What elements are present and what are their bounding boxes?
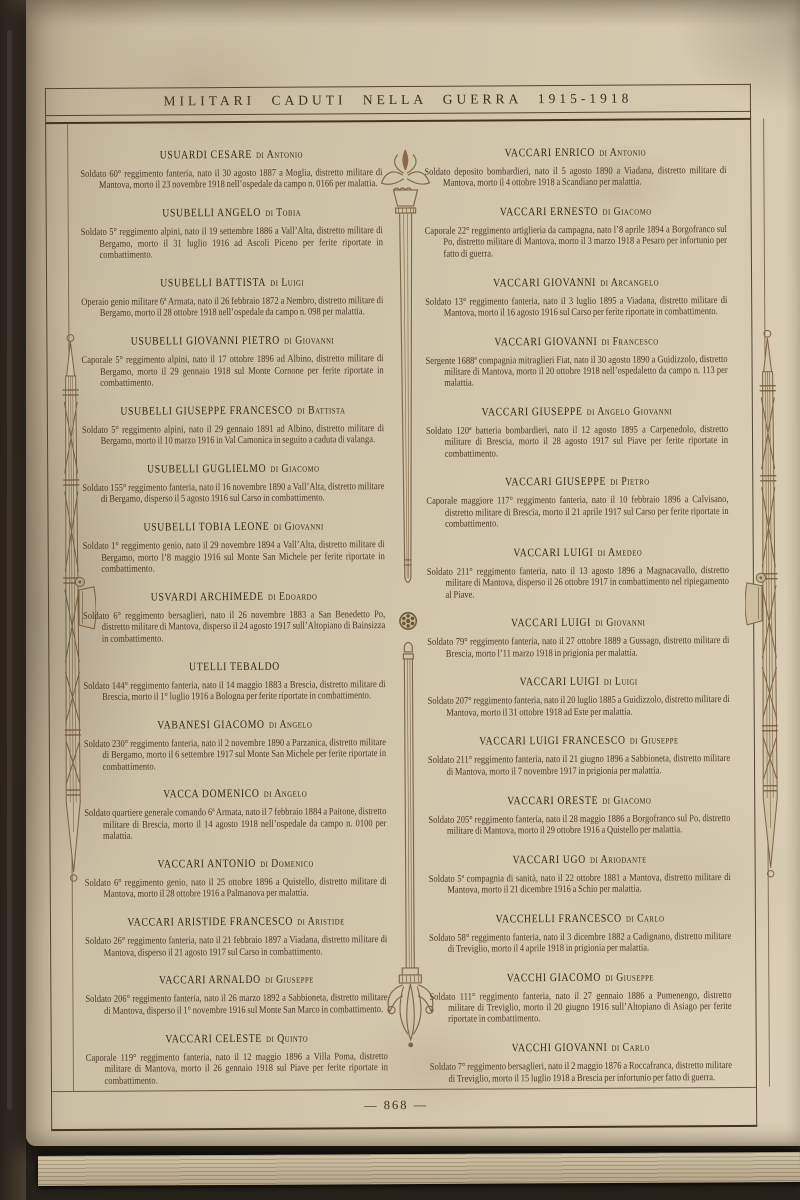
entry-heading: USUBELLI GIUSEPPE FRANCESCOdi Battista [82, 404, 384, 418]
soldier-name: VACCARI GIUSEPPE [505, 476, 606, 489]
entry-text: Soldato 155° reggimento fanteria, nato i… [82, 481, 384, 506]
casualty-entry: VACCARI LUIGIdi Giovanni Soldato 79° reg… [427, 616, 729, 660]
entry-heading: VACCARI LUIGIdi Amedeo [427, 546, 729, 560]
entry-text: Soldato 5° reggimento alpini, nato il 29… [82, 423, 384, 448]
photo-background: MILITARI CADUTI NELLA GUERRA 1915-1918 [0, 0, 800, 1200]
soldier-name: VACCARI LUIGI FRANCESCO [479, 735, 625, 748]
page-number: — 868 — [51, 1096, 741, 1115]
casualty-entry: USUARDI CESAREdi Antonio Soldato 60° reg… [80, 148, 382, 192]
casualty-entry: USUBELLI BATTISTAdi Luigi Operaio genio … [81, 276, 383, 320]
casualty-entry: USUBELLI GIUSEPPE FRANCESCOdi Battista S… [82, 404, 384, 448]
soldier-name: USUBELLI GUGLIELMO [147, 463, 266, 476]
entry-heading: VACCHI GIOVANNIdi Carlo [430, 1041, 732, 1055]
soldier-patronymic: di Giacomo [270, 462, 319, 474]
soldier-patronymic: di Amedeo [598, 546, 643, 558]
entry-heading: VACCHI GIACOMOdi Giuseppe [429, 971, 731, 985]
soldier-patronymic: di Angelo Giovanni [587, 405, 673, 418]
soldier-patronymic: di Antonio [256, 149, 303, 161]
entry-text: Soldato 211° reggimento fanteria, nato i… [427, 565, 729, 601]
soldier-name: VACCARI ARISTIDE FRANCESCO [127, 916, 293, 929]
casualty-entry: VACCARI ENRICOdi Antonio Soldato deposit… [424, 146, 726, 190]
entry-heading: USUBELLI GUGLIELMOdi Giacomo [82, 462, 384, 476]
entry-text: Soldato 7° reggimento bersaglieri, nato … [430, 1060, 732, 1085]
soldier-name: USUBELLI GIUSEPPE FRANCESCO [120, 404, 293, 417]
soldier-name: VACCHI GIACOMO [507, 971, 601, 984]
soldier-patronymic: di Luigi [604, 676, 638, 688]
soldier-patronymic: di Ariodante [590, 853, 647, 865]
casualty-entry: VACCARI LUIGI FRANCESCOdi Giuseppe Solda… [428, 734, 730, 778]
entry-text: Soldato quartiere generale comando 6ª Ar… [84, 806, 386, 842]
entry-heading: VACCARI GIUSEPPEdi Angelo Giovanni [426, 405, 728, 419]
casualty-entry: USUBELLI GUGLIELMOdi Giacomo Soldato 155… [82, 462, 384, 506]
soldier-patronymic: di Tobia [265, 207, 301, 219]
entry-heading: USUBELLI GIOVANNI PIETROdi Giovanni [81, 334, 383, 348]
entry-text: Soldato 120ª batteria bombardieri, nato … [426, 424, 728, 460]
soldier-name: USUBELLI TOBIA LEONE [143, 521, 269, 534]
entry-text: Soldato 60° reggimento fanteria, nato il… [80, 167, 382, 192]
entry-heading: VACCARI GIOVANNIdi Arcangelo [425, 275, 727, 289]
printed-layer: MILITARI CADUTI NELLA GUERRA 1915-1918 [0, 0, 800, 1200]
entry-text: Caporale maggiore 117° reggimento fanter… [426, 494, 728, 530]
entry-heading: VABANESI GIACOMOdi Angelo [84, 718, 386, 732]
soldier-patronymic: di Giovanni [284, 335, 334, 347]
casualty-entry: VACCARI ARNALDOdi Giuseppe Soldato 206° … [85, 974, 387, 1018]
soldier-name: VACCARI GIUSEPPE [482, 406, 583, 419]
soldier-name: UTELLI TEBALDO [189, 660, 280, 673]
title-rule-upper [45, 111, 751, 116]
soldier-name: USVARDI ARCHIMEDE [151, 591, 264, 604]
casualty-entry: VABANESI GIACOMOdi Angelo Soldato 230° r… [84, 718, 386, 773]
entry-text: Sergente 1688ª compagnia mitraglieri Fia… [426, 354, 728, 390]
entry-text: Soldato 26° reggimento fanteria, nato il… [85, 934, 387, 959]
entry-text: Operaio genio militare 6ª Armata, nato i… [81, 295, 383, 320]
page-title: MILITARI CADUTI NELLA GUERRA 1915-1918 [45, 90, 751, 110]
entry-text: Soldato 79° reggimento fanteria, nato il… [427, 635, 729, 660]
casualty-entry: UTELLI TEBALDO Soldato 144° reggimento f… [83, 660, 385, 704]
entry-text: Soldato 230° reggimento fanteria, nato i… [84, 737, 386, 773]
entry-text: Soldato 1° reggimento genio, nato il 29 … [83, 539, 385, 575]
soldier-patronymic: di Carlo [626, 912, 665, 924]
soldier-name: VACCARI LUIGI [513, 547, 593, 559]
entry-heading: USUBELLI BATTISTAdi Luigi [81, 276, 383, 290]
soldier-patronymic: di Pietro [610, 476, 649, 488]
entry-heading: VACCHELLI FRANCESCOdi Carlo [429, 912, 731, 926]
soldier-patronymic: di Giacomo [602, 794, 651, 806]
left-column: USUARDI CESAREdi Antonio Soldato 60° reg… [80, 148, 388, 1087]
soldier-patronymic: di Angelo [264, 788, 308, 800]
entry-heading: USUBELLI TOBIA LEONEdi Giovanni [83, 520, 385, 534]
entry-heading: UTELLI TEBALDO [83, 660, 385, 674]
entry-heading: VACCARI GIOVANNIdi Francesco [425, 335, 727, 349]
soldier-name: VACCARI ERNESTO [500, 206, 599, 219]
entry-heading: VACCARI ORESTEdi Giacomo [428, 793, 730, 807]
right-column: VACCARI ENRICOdi Antonio Soldato deposit… [424, 146, 732, 1085]
soldier-name: VACCARI ORESTE [507, 794, 598, 807]
casualty-entry: VACCHI GIOVANNIdi Carlo Soldato 7° reggi… [430, 1041, 732, 1085]
entry-heading: VACCARI LUIGI FRANCESCOdi Giuseppe [428, 734, 730, 748]
entry-heading: VACCARI ENRICOdi Antonio [424, 146, 726, 160]
entry-heading: USUARDI CESAREdi Antonio [80, 148, 382, 162]
footer-rule-upper [51, 1087, 757, 1092]
entry-text: Soldato 6° reggimento genio, nato il 25 … [85, 876, 387, 901]
entry-text: Soldato 207° reggimento fanteria, nato i… [428, 694, 730, 719]
soldier-patronymic: di Giovanni [274, 521, 324, 533]
casualty-entry: USVARDI ARCHIMEDEdi Edoardo Soldato 6° r… [83, 590, 385, 645]
casualty-entry: VACCARI GIOVANNIdi Francesco Sergente 16… [425, 335, 727, 390]
soldier-patronymic: di Domenico [260, 858, 314, 870]
casualty-entry: USUBELLI GIOVANNI PIETROdi Giovanni Capo… [81, 334, 383, 389]
casualty-entry: VACCARI UGOdi Ariodante Soldato 5ª compa… [429, 853, 731, 897]
casualty-entry: VACCHELLI FRANCESCOdi Carlo Soldato 58° … [429, 912, 731, 956]
soldier-patronymic: di Giuseppe [265, 974, 314, 986]
soldier-name: VACCARI CELESTE [165, 1033, 262, 1046]
entry-heading: VACCARI ARISTIDE FRANCESCOdi Aristide [85, 915, 387, 929]
entry-heading: VACCARI ERNESTOdi Giacomo [425, 205, 727, 219]
casualty-entry: VACCARI CELESTEdi Quinto Caporale 119° r… [86, 1032, 388, 1087]
soldier-name: VACCARI ARNALDO [159, 974, 261, 987]
casualty-entry: VACCA DOMENICOdi Angelo Soldato quartier… [84, 787, 386, 842]
entry-text: Soldato 13° reggimento fanteria, nato il… [425, 294, 727, 319]
soldier-name: VACCARI ANTONIO [157, 858, 256, 871]
entry-heading: VACCARI ARNALDOdi Giuseppe [85, 974, 387, 988]
soldier-name: VACCARI ENRICO [505, 147, 596, 160]
entry-text: Soldato 58° reggimento fanteria, nato il… [429, 931, 731, 956]
soldier-name: VACCHELLI FRANCESCO [496, 912, 622, 925]
soldier-patronymic: di Giuseppe [605, 971, 654, 983]
entry-heading: VACCA DOMENICOdi Angelo [84, 787, 386, 801]
soldier-patronymic: di Aristide [297, 916, 345, 928]
frame-rule-top [45, 84, 751, 89]
soldier-patronymic: di Luigi [270, 276, 304, 288]
soldier-patronymic: di Angelo [269, 718, 313, 730]
entry-heading: USUBELLI ANGELOdi Tobia [81, 206, 383, 220]
soldier-patronymic: di Quinto [266, 1032, 308, 1044]
soldier-name: USUBELLI GIOVANNI PIETRO [131, 335, 280, 348]
entry-text: Soldato 144° reggimento fanteria, nato i… [83, 679, 385, 704]
entry-heading: VACCARI LUIGIdi Luigi [427, 675, 729, 689]
entry-text: Caporale 22° reggimento artiglieria da c… [425, 224, 727, 260]
casualty-entry: VACCARI LUIGIdi Amedeo Soldato 211° regg… [427, 546, 729, 601]
entry-heading: VACCARI UGOdi Ariodante [429, 853, 731, 867]
soldier-patronymic: di Arcangelo [600, 276, 659, 288]
casualty-entry: VACCARI GIUSEPPEdi Pietro Caporale maggi… [426, 475, 728, 530]
casualty-entry: VACCARI GIUSEPPEdi Angelo Giovanni Solda… [426, 405, 728, 460]
soldier-patronymic: di Giuseppe [630, 735, 679, 747]
entry-text: Caporale 5° reggimento alpini, nato il 1… [81, 353, 383, 389]
soldier-patronymic: di Giovanni [595, 617, 645, 629]
soldier-name: VACCARI LUIGI [511, 617, 591, 629]
entry-heading: USVARDI ARCHIMEDEdi Edoardo [83, 590, 385, 604]
footer-rule-lower [51, 1125, 757, 1131]
entry-text: Soldato 205° reggimento fanteria, nato i… [428, 812, 730, 837]
entry-text: Soldato 5ª compagnia di sanità, nato il … [429, 872, 731, 897]
casualty-entry: USUBELLI TOBIA LEONEdi Giovanni Soldato … [83, 520, 385, 575]
entry-heading: VACCARI GIUSEPPEdi Pietro [426, 475, 728, 489]
soldier-patronymic: di Antonio [599, 146, 646, 158]
entry-text: Soldato 5° reggimento alpini, nato il 19… [81, 225, 383, 261]
soldier-name: USUBELLI BATTISTA [160, 277, 266, 290]
soldier-name: VACCHI GIOVANNI [512, 1042, 608, 1055]
casualty-entry: VACCARI GIOVANNIdi Arcangelo Soldato 13°… [425, 275, 727, 319]
soldier-patronymic: di Carlo [612, 1042, 651, 1054]
entry-heading: VACCARI CELESTEdi Quinto [86, 1032, 388, 1046]
fasces-ornament-right [743, 328, 790, 888]
entry-text: Soldato 206° reggimento fanteria, nato i… [85, 993, 387, 1018]
soldier-patronymic: di Francesco [602, 335, 659, 347]
soldier-name: VABANESI GIACOMO [157, 719, 264, 732]
rosette-ornament [398, 611, 418, 631]
casualty-entry: VACCARI ERNESTOdi Giacomo Caporale 22° r… [425, 205, 727, 260]
entry-text: Soldato 211° reggimento fanteria, nato i… [428, 753, 730, 778]
casualty-entry: VACCHI GIACOMOdi Giuseppe Soldato 111° r… [429, 971, 731, 1026]
entry-heading: VACCARI LUIGIdi Giovanni [427, 616, 729, 630]
title-rule-lower [45, 118, 751, 124]
soldier-name: VACCA DOMENICO [163, 788, 259, 801]
soldier-name: VACCARI UGO [513, 853, 586, 865]
entry-text: Soldato deposito bombardieri, nato il 5 … [424, 165, 726, 190]
soldier-name: USUARDI CESARE [160, 149, 252, 162]
casualty-entry: USUBELLI ANGELOdi Tobia Soldato 5° reggi… [81, 206, 383, 261]
soldier-patronymic: di Battista [297, 404, 346, 416]
entry-text: Soldato 6° reggimento bersaglieri, nato … [83, 609, 385, 645]
soldier-name: VACCARI GIOVANNI [494, 335, 597, 348]
casualty-entry: VACCARI LUIGIdi Luigi Soldato 207° reggi… [427, 675, 729, 719]
entry-text: Soldato 111° reggimento fanteria, nato i… [429, 990, 731, 1026]
soldier-patronymic: di Giacomo [603, 206, 652, 218]
casualty-entry: VACCARI ORESTEdi Giacomo Soldato 205° re… [428, 793, 730, 837]
entry-text: Caporale 119° reggimento fanteria, nato … [86, 1051, 388, 1087]
casualty-entry: VACCARI ANTONIOdi Domenico Soldato 6° re… [85, 857, 387, 901]
soldier-name: USUBELLI ANGELO [162, 207, 261, 220]
soldier-name: VACCARI LUIGI [520, 676, 600, 688]
soldier-patronymic: di Edoardo [268, 590, 318, 602]
soldier-name: VACCARI GIOVANNI [493, 276, 596, 289]
entry-heading: VACCARI ANTONIOdi Domenico [85, 857, 387, 871]
casualty-entry: VACCARI ARISTIDE FRANCESCOdi Aristide So… [85, 915, 387, 959]
